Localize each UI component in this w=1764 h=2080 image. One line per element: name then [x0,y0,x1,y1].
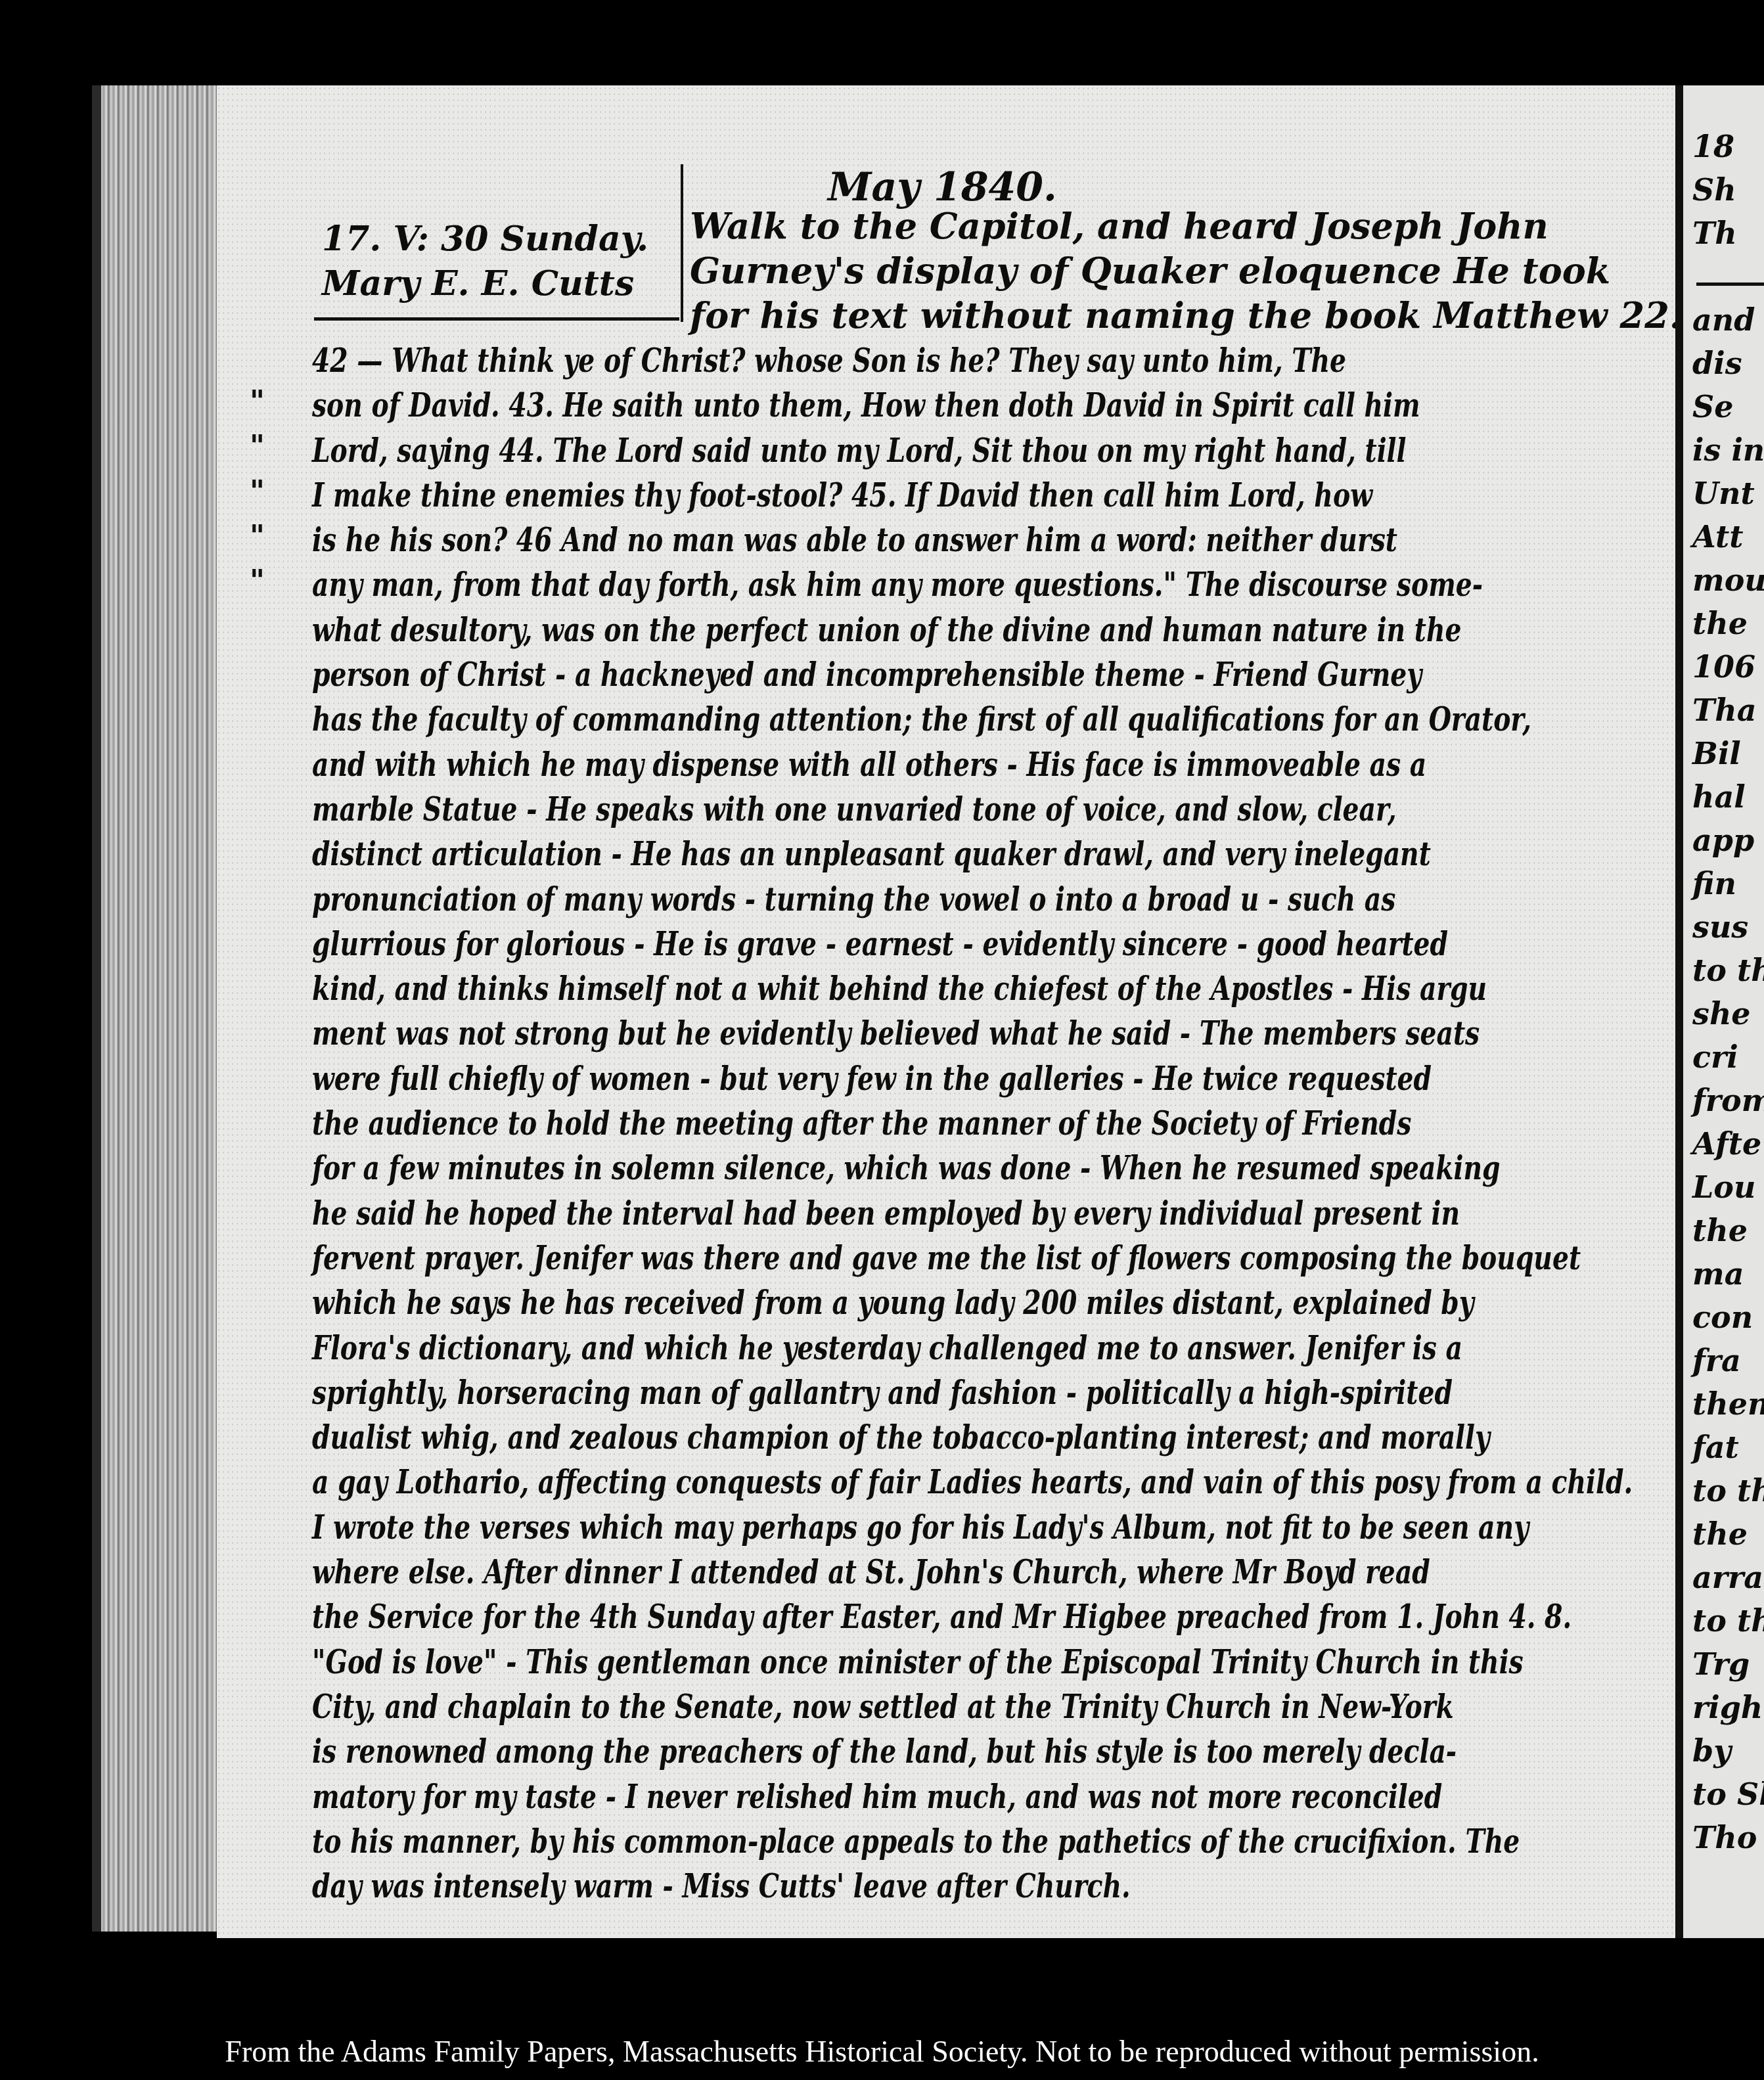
text-line: marble Statue - He speaks with one unvar… [312,787,1633,832]
text-line: kind, and thinks himself not a whit behi… [312,966,1633,1011]
text-line: 42 — What think ye of Christ? whose Son … [312,338,1633,383]
facing-page-fragment: to th [1692,1599,1764,1642]
book-page-edges [92,85,233,1932]
facing-page-fragment: Th [1692,212,1764,255]
facing-page-fragment: then [1692,1382,1764,1426]
text-line: is renowned among the preachers of the l… [312,1729,1633,1774]
facing-page-fragment: Se [1692,385,1764,428]
text-line: and with which he may dispense with all … [312,742,1633,787]
facing-page-fragment: con [1692,1296,1764,1339]
facing-page-fragment: Tha [1692,689,1764,732]
facing-page-fragment: Trg [1692,1642,1764,1686]
text-line: dualist whig, and zealous champion of th… [312,1415,1633,1460]
facing-page-text: 18ShThanddisSeis inUntAttmouthe106ThaBil… [1692,125,1764,1859]
facing-page-fragment: righ [1692,1686,1764,1729]
facing-page-fragment: from [1692,1079,1764,1122]
facing-page-fragment: 106 [1692,645,1764,689]
text-line: any man, from that day forth, ask him an… [312,562,1633,607]
text-line: sprightly, horseracing man of gallantry … [312,1370,1633,1415]
margin-note: 17. V: 30 Sunday. Mary E. E. Cutts [322,214,648,303]
facing-page-fragment: she [1692,992,1764,1035]
facing-page-fragment: 18 [1692,125,1764,168]
quote-mark: " [250,514,265,559]
text-line: City, and chaplain to the Senate, now se… [312,1684,1633,1729]
quote-mark: " [250,470,265,514]
facing-page-fragment: sus [1692,905,1764,949]
text-line: son of David. 43. He saith unto them, Ho… [312,383,1633,428]
facing-page-fragment: app [1692,819,1764,862]
facing-page-fragment: and [1692,298,1764,342]
facing-page-fragment: arra [1692,1556,1764,1599]
text-line: day was intensely warm - Miss Cutts' lea… [312,1864,1633,1909]
facing-page-fragment: Afte [1692,1122,1764,1165]
margin-rule-vertical [681,164,683,322]
facing-page-fragment: Bil [1692,732,1764,775]
text-line: which he says he has received from a you… [312,1280,1633,1325]
text-line: "God is love" - This gentleman once mini… [312,1640,1633,1684]
facing-page-fragment: the [1692,1209,1764,1252]
text-line: the audience to hold the meeting after t… [312,1101,1633,1146]
text-line: were full chiefly of women - but very fe… [312,1056,1633,1101]
margin-note-name: Mary E. E. Cutts [322,258,648,303]
text-line: person of Christ - a hackneyed and incom… [312,652,1633,697]
text-line: distinct articulation - He has an unplea… [312,832,1633,876]
text-line: Gurney's display of Quaker eloquence He … [690,248,1682,293]
book-gutter [1675,85,1683,1938]
facing-page-fragment: fra [1692,1339,1764,1382]
facing-page-fragment: to th [1692,1469,1764,1512]
text-line: to his manner, by his common-place appea… [312,1819,1633,1864]
text-line: Lord, saying 44. The Lord said unto my L… [312,428,1633,473]
text-line: glurrious for glorious - He is grave - e… [312,922,1633,966]
text-line: what desultory, was on the perfect union… [312,608,1633,652]
facing-page-fragment: fat [1692,1426,1764,1469]
entry-body: 42 — What think ye of Christ? whose Son … [312,338,1764,1909]
quote-mark: " [250,380,265,424]
text-line: I make thine enemies thy foot-stool? 45.… [312,473,1633,518]
facing-page-fragment: hal [1692,775,1764,819]
quote-mark: " [250,424,265,469]
text-line: he said he hoped the interval had been e… [312,1191,1633,1236]
facing-page-fragment: is in [1692,428,1764,472]
facing-page-fragment [1692,255,1764,298]
text-line: fervent prayer. Jenifer was there and ga… [312,1236,1633,1280]
facing-page-fragment: to th [1692,949,1764,992]
text-line: where else. After dinner I attended at S… [312,1550,1633,1594]
copyright-credit: From the Adams Family Papers, Massachuse… [0,2034,1764,2069]
text-line: pronunciation of many words - turning th… [312,877,1633,922]
margin-rule-horizontal [314,317,679,321]
facing-page-fragment: cri [1692,1035,1764,1079]
text-line: a gay Lothario, affecting conquests of f… [312,1460,1633,1504]
text-line: for a few minutes in solemn silence, whi… [312,1146,1633,1190]
facing-page-fragment: ma [1692,1252,1764,1296]
facing-page-fragment: mou [1692,558,1764,602]
text-line: matory for my taste - I never relished h… [312,1775,1633,1819]
facing-page-fragment: dis [1692,342,1764,385]
text-line: has the faculty of commanding attention;… [312,697,1633,742]
text-line: is he his son? 46 And no man was able to… [312,518,1633,562]
text-line: ment was not strong but he evidently bel… [312,1011,1633,1056]
facing-page-fragment: by [1692,1729,1764,1773]
text-line: the Service for the 4th Sunday after Eas… [312,1594,1633,1639]
facing-page-fragment: Tho [1692,1816,1764,1859]
facing-page-fragment: Sh [1692,168,1764,212]
facing-page: 18ShThanddisSeis inUntAttmouthe106ThaBil… [1683,85,1764,1938]
facing-page-fragment: Att [1692,515,1764,558]
entry-opening: Walk to the Capitol, and heard Joseph Jo… [690,204,1682,338]
text-line: Flora's dictionary, and which he yesterd… [312,1326,1633,1370]
facing-page-fragment: Unt [1692,472,1764,515]
quotation-margin-marks: " " " " " [250,380,265,604]
text-line: I wrote the verses which may perhaps go … [312,1505,1633,1550]
facing-page-fragment: to Sh [1692,1773,1764,1816]
text-line: Walk to the Capitol, and heard Joseph Jo… [690,204,1682,248]
facing-page-fragment: the [1692,602,1764,645]
text-line: for his text without naming the book Mat… [690,293,1682,338]
quote-mark: " [250,559,265,604]
facing-page-fragment: fin [1692,862,1764,905]
facing-page-fragment: Lou [1692,1165,1764,1209]
facing-page-fragment: the [1692,1512,1764,1556]
margin-note-date: 17. V: 30 Sunday. [322,214,648,258]
